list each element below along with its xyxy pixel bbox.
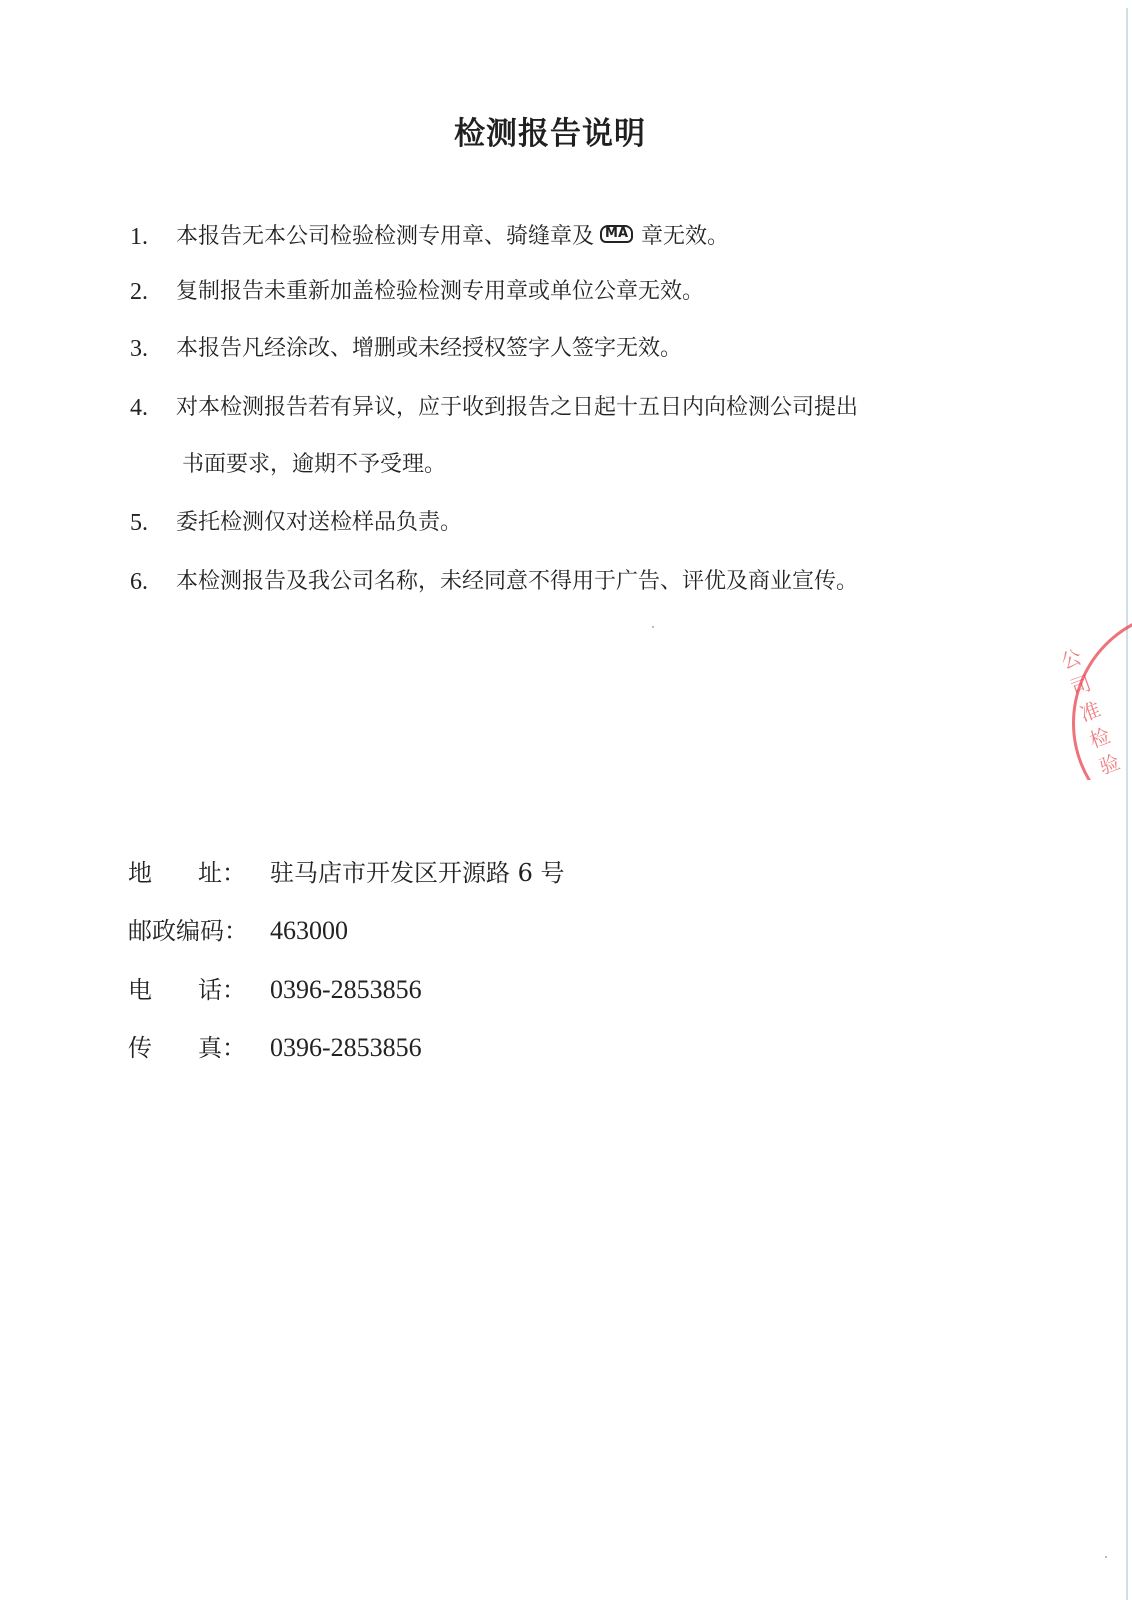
fax-label: 传真：: [128, 1033, 268, 1063]
notice-item-4-continuation: 书面要求，逾期不予受理。: [182, 450, 446, 480]
contact-postcode: 邮政编码： 463000: [128, 916, 268, 946]
notice-item-5: 5. 委托检测仅对送检样品负责。: [130, 508, 176, 539]
label-part: 真：: [198, 1033, 246, 1063]
scan-speck: [652, 626, 654, 628]
item-number: 2.: [130, 277, 176, 307]
fax-value: 0396-2853856: [270, 1033, 422, 1063]
postcode-label: 邮政编码：: [128, 916, 268, 946]
item-number: 4.: [130, 393, 176, 423]
item-text: 对本检测报告若有异议，应于收到报告之日起十五日内向检测公司提出: [176, 393, 858, 423]
item-text: 复制报告未重新加盖检验检测专用章或单位公章无效。: [176, 277, 704, 307]
item-number: 5.: [130, 508, 176, 538]
label-part: 话：: [198, 975, 246, 1005]
phone-value: 0396-2853856: [270, 975, 422, 1005]
contact-phone: 电话： 0396-2853856: [128, 975, 268, 1005]
item-number: 6.: [130, 567, 176, 597]
postcode-value: 463000: [270, 916, 348, 946]
cma-mark-icon: MA: [600, 225, 633, 243]
item-text: 本报告凡经涂改、增删或未经授权签字人签字无效。: [176, 334, 682, 364]
item-text-after-mark: 章无效。: [641, 224, 729, 249]
item-text: 本检测报告及我公司名称，未经同意不得用于广告、评优及商业宣传。: [176, 567, 858, 597]
label-part: 地: [128, 858, 152, 888]
red-seal-stamp: 公司准检验: [1062, 610, 1132, 780]
notice-item-6: 6. 本检测报告及我公司名称，未经同意不得用于广告、评优及商业宣传。: [130, 567, 176, 598]
notice-item-2: 2. 复制报告未重新加盖检验检测专用章或单位公章无效。: [130, 277, 176, 308]
address-value: 驻马店市开发区开源路 6 号: [270, 858, 565, 888]
label-part: 传: [128, 1033, 152, 1063]
label-part: 电: [128, 975, 152, 1005]
phone-label: 电话：: [128, 975, 268, 1005]
scan-speck: [1105, 1556, 1107, 1558]
item-number: 1.: [130, 222, 176, 252]
page-title: 检测报告说明: [0, 108, 1100, 153]
item-text: 本报告无本公司检验检测专用章、骑缝章及MA章无效。: [176, 222, 729, 252]
notice-item-3: 3. 本报告凡经涂改、增删或未经授权签字人签字无效。: [130, 334, 176, 365]
item-text: 委托检测仅对送检样品负责。: [176, 508, 462, 538]
notice-item-1: 1. 本报告无本公司检验检测专用章、骑缝章及MA章无效。: [130, 222, 176, 253]
contact-fax: 传真： 0396-2853856: [128, 1033, 268, 1063]
item-number: 3.: [130, 334, 176, 364]
page-edge-line: [1126, 8, 1128, 1600]
notice-item-4: 4. 对本检测报告若有异议，应于收到报告之日起十五日内向检测公司提出: [130, 393, 176, 424]
contact-address: 地址： 驻马店市开发区开源路 6 号: [128, 858, 268, 888]
item-text-before-mark: 本报告无本公司检验检测专用章、骑缝章及: [176, 224, 594, 249]
address-label: 地址：: [128, 858, 268, 888]
label-part: 址：: [198, 858, 246, 888]
